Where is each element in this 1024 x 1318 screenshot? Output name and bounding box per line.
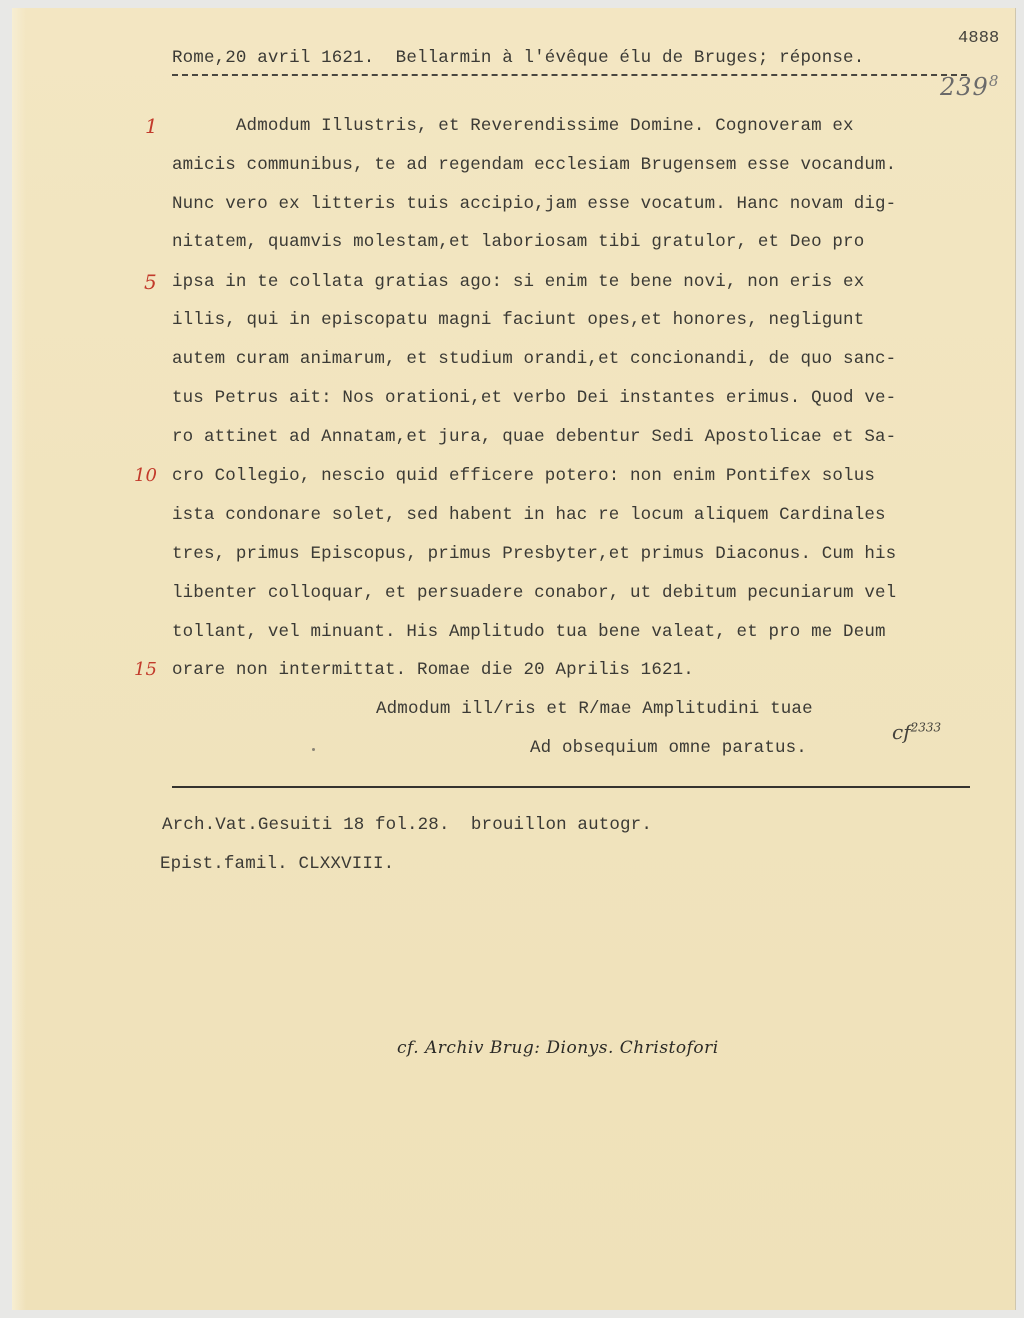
body-line: libenter colloquar, et persuadere conabo… bbox=[172, 583, 896, 603]
line-marker-1: 1 bbox=[145, 116, 158, 136]
body-line: ro attinet ad Annatam,et jura, quae debe… bbox=[172, 427, 896, 447]
document-page: 4888 Rome,20 avril 1621. Bellarmin à l'é… bbox=[12, 8, 1015, 1310]
source-archive-reference: Arch.Vat.Gesuiti 18 fol.28. brouillon au… bbox=[162, 815, 652, 835]
body-line: orare non intermittat. Romae die 20 Apri… bbox=[172, 660, 694, 680]
body-line: cro Collegio, nescio quid efficere poter… bbox=[172, 466, 875, 486]
body-line: illis, qui in episcopatu magni faciunt o… bbox=[172, 310, 864, 330]
closing-salutation: Admodum ill/ris et R/mae Amplitudini tua… bbox=[376, 699, 813, 719]
footer-rule bbox=[172, 786, 970, 788]
body-line: Admodum Illustris, et Reverendissime Dom… bbox=[172, 116, 854, 136]
ink-speck bbox=[312, 748, 315, 751]
body-line: autem curam animarum, et studium orandi,… bbox=[172, 349, 896, 369]
body-line: tres, primus Episcopus, primus Presbyter… bbox=[172, 544, 896, 564]
handwritten-bottom-note: cf. Archiv Brug: Dionys. Christofori bbox=[397, 1038, 719, 1058]
body-line: amicis communibus, te ad regendam eccles… bbox=[172, 155, 896, 175]
pencil-folio-number: 2398 bbox=[940, 72, 999, 101]
handwritten-cross-reference: cf2333 bbox=[892, 720, 941, 744]
document-number: 4888 bbox=[958, 29, 999, 49]
line-marker-5: 5 bbox=[144, 272, 157, 292]
line-marker-10: 10 bbox=[134, 466, 157, 486]
body-line: tus Petrus ait: Nos orationi,et verbo De… bbox=[172, 388, 896, 408]
body-line: ista condonare solet, sed habent in hac … bbox=[172, 505, 886, 525]
closing-signature-line: Ad obsequium omne paratus. bbox=[530, 738, 807, 758]
document-header: Rome,20 avril 1621. Bellarmin à l'évêque… bbox=[172, 48, 864, 68]
header-dashed-divider bbox=[172, 74, 967, 76]
body-line: nitatem, quamvis molestam,et laboriosam … bbox=[172, 232, 864, 252]
line-marker-15: 15 bbox=[134, 660, 157, 680]
body-line: tollant, vel minuant. His Amplitudo tua … bbox=[172, 622, 886, 642]
body-line: ipsa in te collata gratias ago: si enim … bbox=[172, 272, 864, 292]
source-edition-reference: Epist.famil. CLXXVIII. bbox=[160, 854, 394, 874]
body-line: Nunc vero ex litteris tuis accipio,jam e… bbox=[172, 194, 896, 214]
